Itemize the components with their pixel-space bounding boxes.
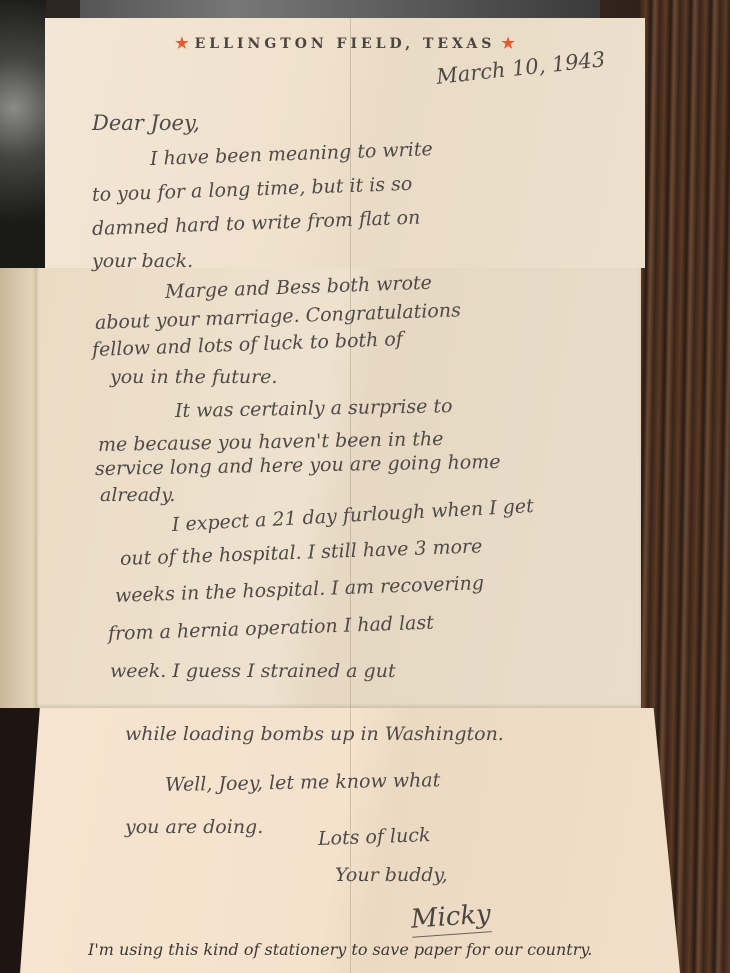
letter-line: you in the future. — [110, 368, 277, 387]
background-rock-top — [80, 0, 600, 18]
folder-inner-panel — [0, 268, 41, 708]
letter-line: week. I guess I strained a gut — [110, 662, 396, 681]
background-rock — [0, 0, 46, 270]
star-icon: ★ — [175, 34, 188, 52]
stationery-footer-note: I'm using this kind of stationery to sav… — [88, 940, 592, 959]
star-icon: ★ — [501, 34, 514, 52]
letter-line: you are doing. — [125, 818, 263, 837]
letterhead-title: ELLINGTON FIELD, TEXAS — [195, 36, 496, 52]
letter-line: already. — [100, 486, 175, 505]
letter-line: your back. — [92, 252, 193, 271]
letter-line: Well, Joey, let me know what — [165, 771, 441, 795]
letter-line: It was certainly a surprise to — [175, 397, 453, 421]
letter-closing: Your buddy, — [335, 866, 448, 885]
letter-salutation: Dear Joey, — [92, 113, 200, 134]
letter-signature: Micky — [410, 899, 492, 937]
letter-closing: Lots of luck — [318, 826, 431, 849]
letterhead: ★ELLINGTON FIELD, TEXAS★ — [45, 34, 645, 52]
letter-line: while loading bombs up in Washington. — [125, 725, 504, 744]
